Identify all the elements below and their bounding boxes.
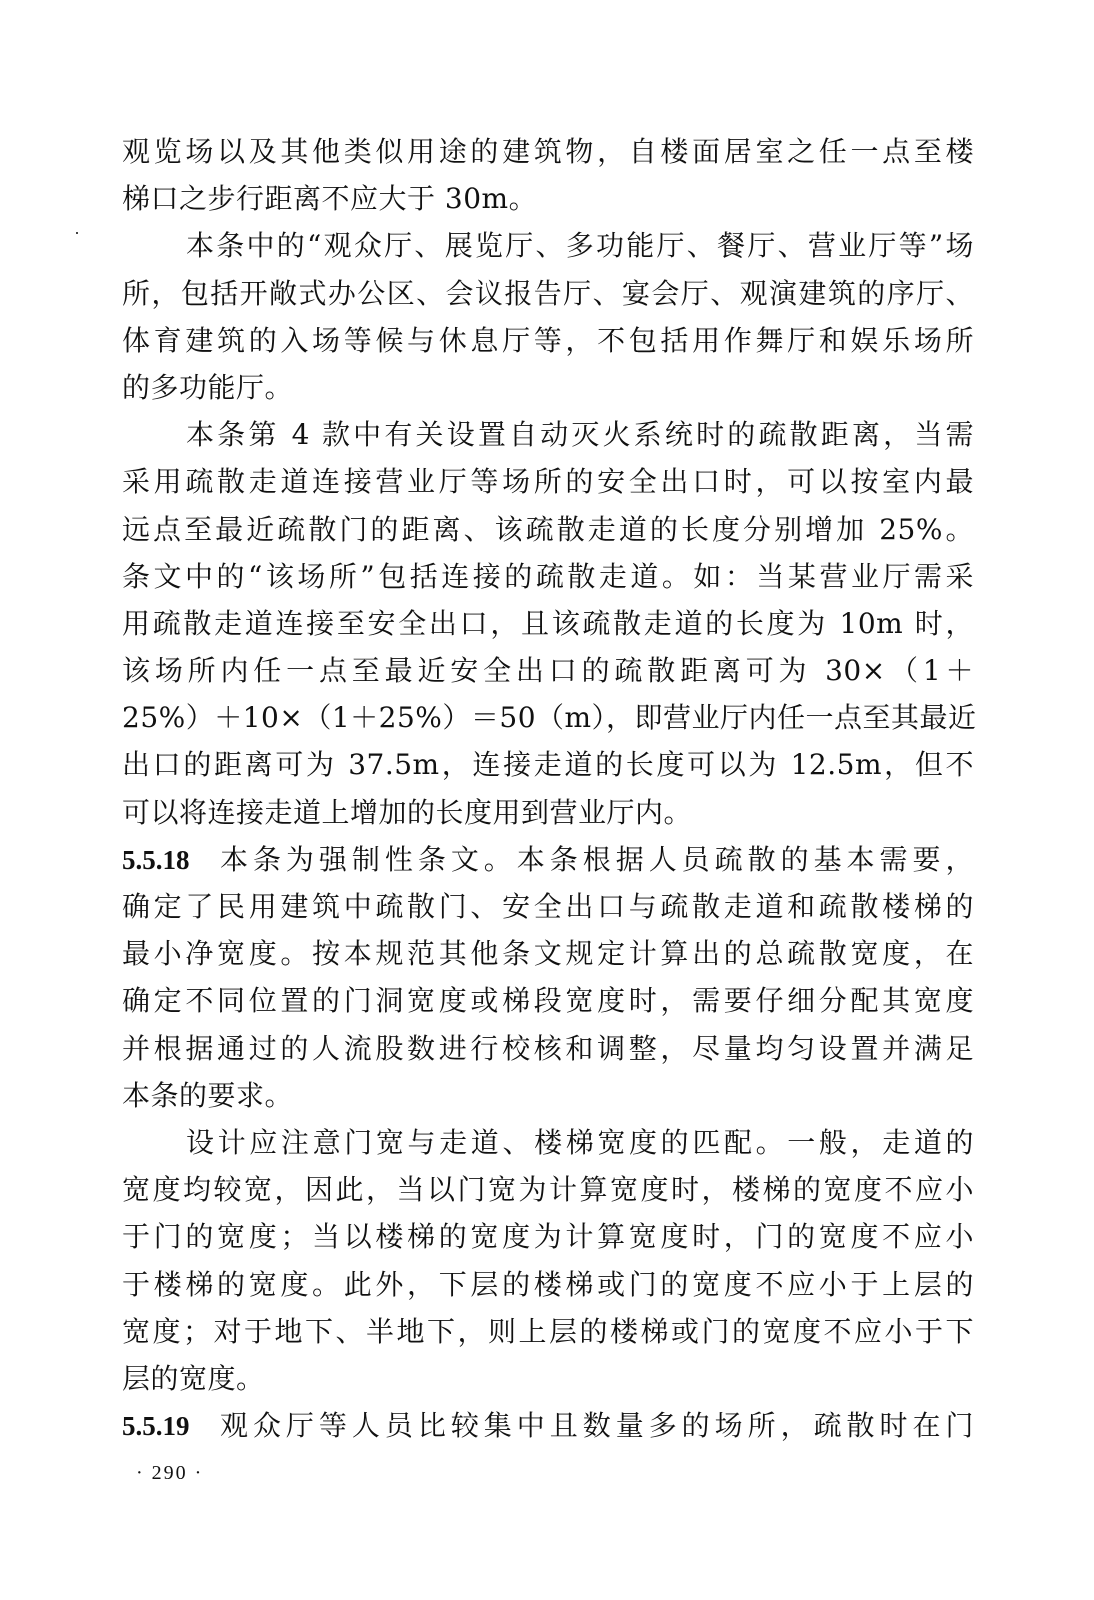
text-line: 本条中的“观众厅、展览厅、多功能厅、餐厅、营业厅等”场 <box>122 222 974 269</box>
text-line: 最小净宽度。按本规范其他条文规定计算出的总疏散宽度，在 <box>122 930 974 977</box>
text-line: 梯口之步行距离不应大于 30m。 <box>122 175 974 222</box>
text-line: 本条第 4 款中有关设置自动灭火系统时的疏散距离，当需 <box>122 411 974 458</box>
text-line: 25%）＋10×（1＋25%）＝50（m），即营业厅内任一点至其最近 <box>122 694 974 741</box>
scan-speck <box>76 232 78 234</box>
text-line: 确定不同位置的门洞宽度或梯段宽度时，需要仔细分配其宽度 <box>122 977 974 1024</box>
text-line: 所，包括开敞式办公区、会议报告厅、宴会厅、观演建筑的序厅、 <box>122 270 974 317</box>
clause-heading-line: 5.5.18本条为强制性条文。本条根据人员疏散的基本需要， <box>122 836 974 883</box>
text-line: 于楼梯的宽度。此外，下层的楼梯或门的宽度不应小于上层的 <box>122 1261 974 1308</box>
text-line: 观览场以及其他类似用途的建筑物，自楼面居室之任一点至楼 <box>122 128 974 175</box>
text-line: 用疏散走道连接至安全出口，且该疏散走道的长度为 10m 时， <box>122 600 974 647</box>
text-line: 出口的距离可为 37.5m，连接走道的长度可以为 12.5m，但不 <box>122 741 974 788</box>
text-span: 本条为强制性条文。本条根据人员疏散的基本需要， <box>216 843 975 876</box>
text-line: 并根据通过的人流股数进行校核和调整，尽量均匀设置并满足 <box>122 1025 974 1072</box>
clause-number: 5.5.19 <box>122 1411 190 1441</box>
page-body: 观览场以及其他类似用途的建筑物，自楼面居室之任一点至楼 梯口之步行距离不应大于 … <box>122 128 974 1449</box>
text-line: 宽度；对于地下、半地下，则上层的楼梯或门的宽度不应小于下 <box>122 1308 974 1355</box>
text-line: 的多功能厅。 <box>122 364 974 411</box>
text-span: 观众厅等人员比较集中且数量多的场所，疏散时在门 <box>216 1409 975 1442</box>
text-line: 宽度均较宽，因此，当以门宽为计算宽度时，楼梯的宽度不应小 <box>122 1166 974 1213</box>
text-line: 设计应注意门宽与走道、楼梯宽度的匹配。一般，走道的 <box>122 1119 974 1166</box>
text-line: 于门的宽度；当以楼梯的宽度为计算宽度时，门的宽度不应小 <box>122 1213 974 1260</box>
text-line: 远点至最近疏散门的距离、该疏散走道的长度分别增加 25%。 <box>122 506 974 553</box>
text-line: 该场所内任一点至最近安全出口的疏散距离可为 30×（1＋ <box>122 647 974 694</box>
clause-number: 5.5.18 <box>122 845 190 875</box>
text-line: 采用疏散走道连接营业厅等场所的安全出口时，可以按室内最 <box>122 458 974 505</box>
text-line: 可以将连接走道上增加的长度用到营业厅内。 <box>122 789 974 836</box>
text-line: 确定了民用建筑中疏散门、安全出口与疏散走道和疏散楼梯的 <box>122 883 974 930</box>
text-line: 体育建筑的入场等候与休息厅等，不包括用作舞厅和娱乐场所 <box>122 317 974 364</box>
text-line: 条文中的“该场所”包括连接的疏散走道。如：当某营业厅需采 <box>122 553 974 600</box>
text-line: 层的宽度。 <box>122 1355 974 1402</box>
page-number: · 290 · <box>136 1462 203 1485</box>
text-line: 本条的要求。 <box>122 1072 974 1119</box>
clause-heading-line: 5.5.19观众厅等人员比较集中且数量多的场所，疏散时在门 <box>122 1402 974 1449</box>
